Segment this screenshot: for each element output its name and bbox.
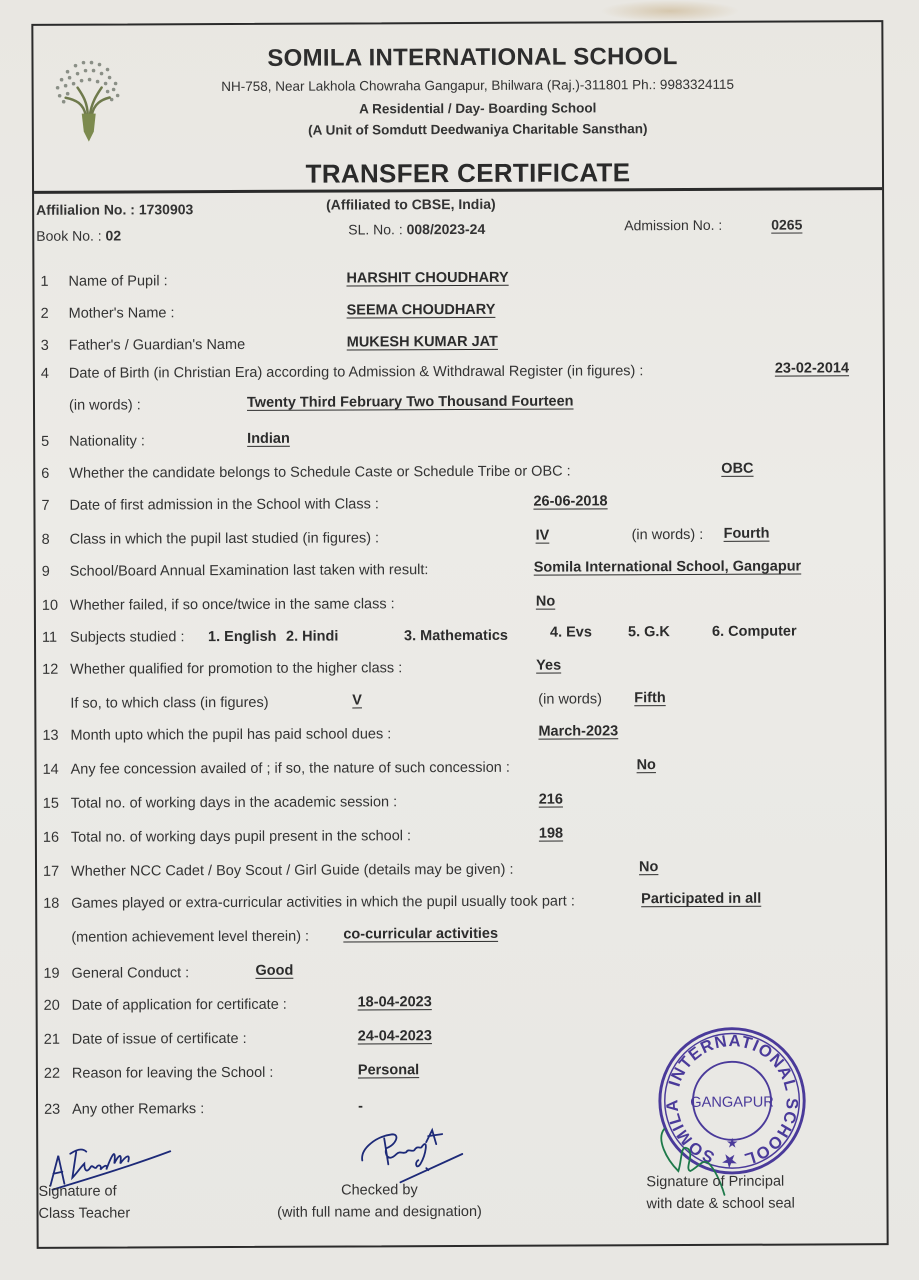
- parent-organization: (A Unit of Somdutt Deedwaniya Charitable…: [34, 120, 882, 139]
- class-teacher-signature-label: Signature of Class Teacher: [38, 1180, 130, 1224]
- field-label: Father's / Guardian's Name: [69, 337, 245, 354]
- serial-value: 008/2023-24: [407, 221, 486, 237]
- field-label: Mother's Name :: [69, 305, 175, 321]
- school-type: A Residential / Day- Boarding School: [34, 99, 882, 118]
- field-label: Whether qualified for promotion to the h…: [70, 660, 402, 677]
- field-row-8: 8Class in which the pupil last studied (…: [42, 530, 380, 547]
- field-number: 14: [43, 762, 71, 778]
- field-row-14: 14Any fee concession availed of ; if so,…: [43, 760, 510, 778]
- field-value-12: Yes: [536, 658, 561, 674]
- field-row-19: 19General Conduct :: [43, 965, 189, 982]
- field-label: Name of Pupil :: [68, 273, 167, 289]
- affiliation-label: Affilialion No. :: [36, 201, 135, 217]
- field-row-17: 17Whether NCC Cadet / Boy Scout / Girl G…: [43, 862, 514, 880]
- field-value-2: SEEMA CHOUDHARY: [347, 302, 496, 319]
- book-label: Book No. :: [36, 228, 101, 244]
- subject-item: 4. Evs: [550, 624, 592, 640]
- field-number: 12: [42, 662, 70, 678]
- field-row-2: 2Mother's Name :: [41, 305, 175, 322]
- seal-center-text: GANGAPUR: [690, 1094, 774, 1110]
- principal-signature-label: Signature of Principal with date & schoo…: [646, 1171, 795, 1216]
- field-sub-label-18: (mention achievement level therein) :: [71, 929, 309, 946]
- admission-value: 0265: [771, 217, 802, 233]
- book-value: 02: [105, 227, 121, 243]
- field-value-23: -: [358, 1098, 363, 1114]
- field-label: Any other Remarks :: [72, 1101, 204, 1118]
- field-value-9: Somila International School, Gangapur: [534, 559, 802, 576]
- field-value-8: IV: [536, 528, 550, 544]
- document-title: TRANSFER CERTIFICATE: [34, 156, 882, 191]
- field-number: 2: [41, 306, 69, 322]
- field-row-22: 22Reason for leaving the School :: [44, 1065, 274, 1082]
- field-sub-label-12: If so, to which class (in figures): [70, 695, 268, 712]
- school-name: SOMILA INTERNATIONAL SCHOOL: [33, 42, 881, 74]
- field-value-10: No: [536, 594, 555, 610]
- field-sub-label-4: (in words) :: [69, 397, 141, 413]
- school-address: NH-758, Near Lakhola Chowraha Gangapur, …: [34, 76, 882, 95]
- field-number: 5: [41, 434, 69, 450]
- field-label: Reason for leaving the School :: [72, 1065, 274, 1082]
- field-words-label-12: (in words): [538, 691, 602, 707]
- letterhead: SOMILA INTERNATIONAL SCHOOL NH-758, Near…: [33, 22, 882, 194]
- field-value-21: 24-04-2023: [358, 1028, 432, 1044]
- field-number: 22: [44, 1066, 72, 1082]
- field-number: 13: [42, 728, 70, 744]
- field-number: 15: [43, 796, 71, 812]
- field-value-13: March-2023: [538, 723, 618, 739]
- field-row-9: 9School/Board Annual Examination last ta…: [42, 562, 429, 580]
- book-number: Book No. : 02: [36, 227, 121, 243]
- field-row-18: 18Games played or extra-curricular activ…: [43, 894, 575, 912]
- field-label: Nationality :: [69, 433, 145, 449]
- field-value-7: 26-06-2018: [533, 493, 607, 509]
- field-number: 20: [44, 998, 72, 1014]
- principal-line-2: with date & school seal: [646, 1193, 794, 1216]
- admission-label: Admission No. :: [624, 217, 722, 233]
- field-value-6: OBC: [721, 461, 753, 477]
- checked-by-signature-icon: [356, 1124, 476, 1187]
- principal-line-1: Signature of Principal: [646, 1171, 794, 1194]
- field-value-3: MUKESH KUMAR JAT: [347, 334, 498, 351]
- affiliated-to: (Affiliated to CBSE, India): [326, 196, 496, 213]
- field-row-16: 16Total no. of working days pupil presen…: [43, 828, 411, 846]
- field-label: Whether failed, if so once/twice in the …: [70, 596, 395, 613]
- field-row-4: 4Date of Birth (in Christian Era) accord…: [41, 363, 644, 382]
- field-row-12: 12Whether qualified for promotion to the…: [42, 660, 402, 678]
- field-number: 3: [41, 338, 69, 354]
- field-label: Class in which the pupil last studied (i…: [70, 530, 380, 547]
- serial-number: SL. No. : 008/2023-24: [348, 221, 485, 238]
- field-number: 6: [41, 466, 69, 482]
- field-row-13: 13Month upto which the pupil has paid sc…: [42, 726, 391, 744]
- field-row-21: 21Date of issue of certificate :: [44, 1031, 247, 1048]
- field-value-22: Personal: [358, 1062, 419, 1078]
- certificate-page: SOMILA INTERNATIONAL SCHOOL NH-758, Near…: [31, 20, 888, 1249]
- field-words-value-12: Fifth: [634, 690, 665, 706]
- field-value-17: No: [639, 859, 658, 875]
- field-number: 21: [44, 1032, 72, 1048]
- field-value-15: 216: [539, 792, 563, 808]
- affiliated-to-text: (Affiliated to CBSE, India): [326, 196, 496, 213]
- field-label: Any fee concession availed of ; if so, t…: [71, 760, 510, 778]
- class-teacher-line-1: Signature of: [38, 1180, 130, 1202]
- field-number: 17: [43, 864, 71, 880]
- field-label: School/Board Annual Examination last tak…: [70, 562, 429, 580]
- field-label: Total no. of working days in the academi…: [71, 794, 397, 811]
- affiliation-number: Affilialion No. : 1730903: [36, 201, 193, 218]
- field-value-20: 18-04-2023: [358, 994, 432, 1010]
- field-value-18: Participated in all: [641, 891, 761, 908]
- serial-label: SL. No. :: [348, 221, 403, 237]
- field-row-7: 7Date of first admission in the School w…: [41, 496, 379, 513]
- field-label: Month upto which the pupil has paid scho…: [70, 726, 391, 743]
- field-sub-value-18: co-curricular activities: [343, 926, 498, 943]
- field-sub-value-12: V: [352, 692, 362, 708]
- checked-by-label: Checked by (with full name and designati…: [244, 1179, 514, 1224]
- field-number: 11: [42, 630, 70, 646]
- field-row-20: 20Date of application for certificate :: [44, 997, 287, 1014]
- field-value-1: HARSHIT CHOUDHARY: [346, 270, 508, 287]
- field-row-1: 1Name of Pupil :: [40, 273, 167, 290]
- field-row-6: 6Whether the candidate belongs to Schedu…: [41, 464, 570, 482]
- field-words-value-8: Fourth: [724, 526, 770, 542]
- field-row-10: 10Whether failed, if so once/twice in th…: [42, 596, 395, 614]
- field-value-14: No: [637, 757, 656, 773]
- field-number: 7: [41, 498, 69, 514]
- field-label: General Conduct :: [71, 965, 189, 982]
- field-number: 19: [43, 966, 71, 982]
- field-number: 9: [42, 564, 70, 580]
- checked-by-line-2: (with full name and designation): [244, 1201, 514, 1224]
- field-number: 16: [43, 830, 71, 846]
- field-number: 8: [42, 532, 70, 548]
- field-number: 1: [40, 274, 68, 290]
- admission-number: Admission No. :: [624, 217, 722, 233]
- subject-item: 2. Hindi: [286, 629, 338, 645]
- subject-item: 5. G.K: [628, 624, 670, 640]
- field-value-4: 23-02-2014: [775, 360, 849, 376]
- field-label: Date of first admission in the School wi…: [69, 496, 379, 513]
- checked-by-line-1: Checked by: [244, 1179, 514, 1202]
- field-number: 10: [42, 598, 70, 614]
- field-row-3: 3Father's / Guardian's Name: [41, 337, 245, 354]
- field-label: Games played or extra-curricular activit…: [71, 894, 575, 912]
- subject-item: 1. English: [208, 629, 277, 645]
- field-sub-value-4: Twenty Third February Two Thousand Fourt…: [247, 394, 574, 411]
- field-label: Whether the candidate belongs to Schedul…: [69, 464, 570, 482]
- field-value-19: Good: [255, 963, 293, 979]
- field-value-16: 198: [539, 826, 563, 842]
- admission-value-wrap: 0265: [771, 217, 802, 233]
- paper-stain: [600, 0, 740, 22]
- affiliation-value: 1730903: [139, 201, 194, 217]
- subject-item: 3. Mathematics: [404, 628, 508, 644]
- field-label: Date of application for certificate :: [72, 997, 287, 1014]
- field-label: Whether NCC Cadet / Boy Scout / Girl Gui…: [71, 862, 514, 880]
- field-words-label-8: (in words) :: [632, 527, 704, 543]
- field-label: Date of Birth (in Christian Era) accordi…: [69, 363, 644, 382]
- class-teacher-line-2: Class Teacher: [38, 1202, 130, 1224]
- field-row-5: 5Nationality :: [41, 433, 145, 449]
- field-number: 4: [41, 366, 69, 382]
- field-row-11: 11Subjects studied :: [42, 629, 185, 646]
- field-number: 18: [43, 896, 71, 912]
- field-label: Subjects studied :: [70, 629, 185, 645]
- field-label: Date of issue of certificate :: [72, 1031, 247, 1048]
- field-number: 23: [44, 1102, 72, 1118]
- field-row-15: 15Total no. of working days in the acade…: [43, 794, 397, 812]
- field-value-5: Indian: [247, 431, 290, 447]
- subject-item: 6. Computer: [712, 624, 797, 640]
- field-row-23: 23Any other Remarks :: [44, 1101, 204, 1118]
- field-label: Total no. of working days pupil present …: [71, 828, 411, 845]
